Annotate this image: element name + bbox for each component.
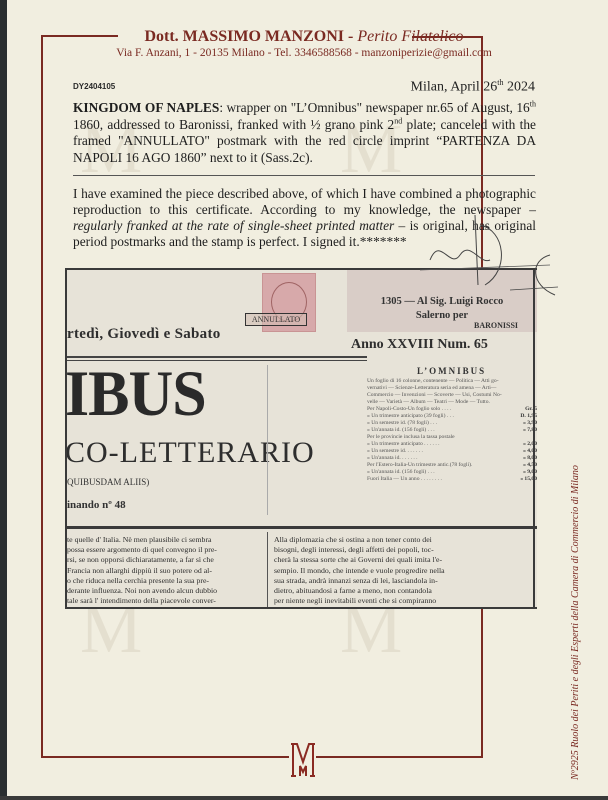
masthead-title: IBUS (65, 361, 206, 426)
destination: BARONISSI (474, 321, 518, 330)
article-line: sua strada, andrà innanzi senza di lei, … (274, 576, 464, 586)
subscription-box: Un foglio di 16 colonne, contenente — Po… (367, 378, 537, 483)
numero: inando nº 48 (67, 499, 126, 511)
article-line: o che riduca nella cerchia presente la s… (67, 576, 257, 586)
price-row: « Un trimestre anticipato . . . . . .« 2… (367, 441, 537, 448)
price-row: « Un'annata id. (156 fogli) . . .« 9,00 (367, 469, 537, 476)
article-line: one di que tre Sovrani, non siam lontani… (67, 606, 257, 609)
article-line: te quelle d' Italia. Nè men plausibile c… (67, 535, 257, 545)
monogram-logo-icon (290, 738, 316, 778)
article-right: Alla diplomazia che si ostina a non tene… (274, 535, 464, 609)
price-row: Per Napoli-Costo-Un foglio solo . . . .G… (367, 406, 537, 413)
rule (67, 526, 537, 529)
subscription-intro-line: Un foglio di 16 colonne, contenente — Po… (367, 378, 537, 385)
article-line: derante influenza. Noi non avendo alcun … (67, 586, 257, 596)
price-row: « Un trimestre anticipato (39 fogli) . .… (367, 413, 537, 420)
letterhead: Dott. MASSIMO MANZONI - Perito Filatelic… (0, 28, 608, 60)
certificate-date: Milan, April 26th 2024 (375, 78, 535, 96)
price-row: « Un semestre id. . . . . . .« 4,00 (367, 448, 537, 455)
subscription-intro-line: vernativi — Scienze-Letteratura seria ed… (367, 385, 537, 392)
frame-line (41, 35, 43, 757)
addressee: 1305 — Al Sig. Luigi RoccoSalerno per (367, 295, 517, 323)
newspaper-photo: ANNULLATO rtedì, Giovedì e Sabato 1305 —… (65, 268, 537, 609)
price-row: Per l'Estero-Italia-Un trimestre antic.(… (367, 462, 537, 469)
article-line: rsi, se non opporsi dichiaratamente, a f… (67, 555, 257, 565)
article-line: Francia non allarghi dippiù il suo poter… (67, 566, 257, 576)
motto: QUIBUSDAM ALIIS) (67, 477, 149, 487)
price-row: Per le provincie inclusa la tassa postal… (367, 434, 537, 441)
column-divider (267, 532, 268, 607)
scan-edge (0, 0, 7, 800)
column-divider (267, 365, 268, 515)
price-row: « Un'annata id. (156 fogli) . . .« 7,80 (367, 427, 537, 434)
article-line: Alla diplomazia che si ostina a non tene… (274, 535, 464, 545)
price-row: Fuori Italia — Un anno . . . . . . . .« … (367, 476, 537, 483)
item-description: KINGDOM OF NAPLES: wrapper on "L’Omnibus… (73, 100, 536, 166)
article-line: per niente negli inevitabili eventi che … (274, 596, 464, 606)
examination-statement: I have examined the piece described abov… (73, 186, 536, 250)
article-line: cherà la stessa sorte che ai Governi dei… (274, 555, 464, 565)
publication-days: rtedì, Giovedì e Sabato (67, 326, 221, 343)
expert-address: Via F. Anzani, 1 - 20135 Milano - Tel. 3… (0, 46, 608, 60)
expert-name: Dott. MASSIMO MANZONI - Perito Filatelic… (0, 28, 608, 46)
annullato-postmark: ANNULLATO (245, 313, 307, 326)
registry-note: Nº2925 Ruolo dei Periti e degli Esperti … (570, 465, 581, 780)
subscription-intro-line: velle — Varietà — Album — Teatri — Mode … (367, 399, 537, 406)
item-heading: KINGDOM OF NAPLES (73, 100, 219, 115)
omnibus-heading: L’OMNIBUS (417, 366, 486, 376)
frame-line (533, 268, 535, 608)
certificate-id: DY2404105 (73, 82, 115, 91)
scan-edge (0, 796, 608, 800)
article-line: senza il suo concorso. (274, 606, 464, 609)
article-line: sempio. Il mondo, che intende e vuole pr… (274, 566, 464, 576)
divider (73, 175, 535, 176)
expert-role: Perito Filatelico (357, 28, 463, 45)
article-left: te quelle d' Italia. Nè men plausibile c… (67, 535, 257, 609)
article-line: possa essere argomento di quel convegno … (67, 545, 257, 555)
subscription-intro-line: Commercio — Invenzioni — Scoverte — Usi,… (367, 392, 537, 399)
article-line: bisogni, degli interessi, degli affetti … (274, 545, 464, 555)
frame-line (316, 756, 483, 758)
price-row: « Un semestre id. (78 fogli) . . .« 3,90 (367, 420, 537, 427)
price-row: « Un'annata id. . . . . . .« 8,00 (367, 455, 537, 462)
article-line: dietro, abituandosi a farne a meno, non … (274, 586, 464, 596)
frame-line (41, 756, 289, 758)
issue-number: Anno XXVIII Num. 65 (351, 337, 488, 353)
masthead-subtitle: CO-LETTERARIO (65, 437, 315, 469)
article-line: tale sarà l' intendimento della piacevol… (67, 596, 257, 606)
